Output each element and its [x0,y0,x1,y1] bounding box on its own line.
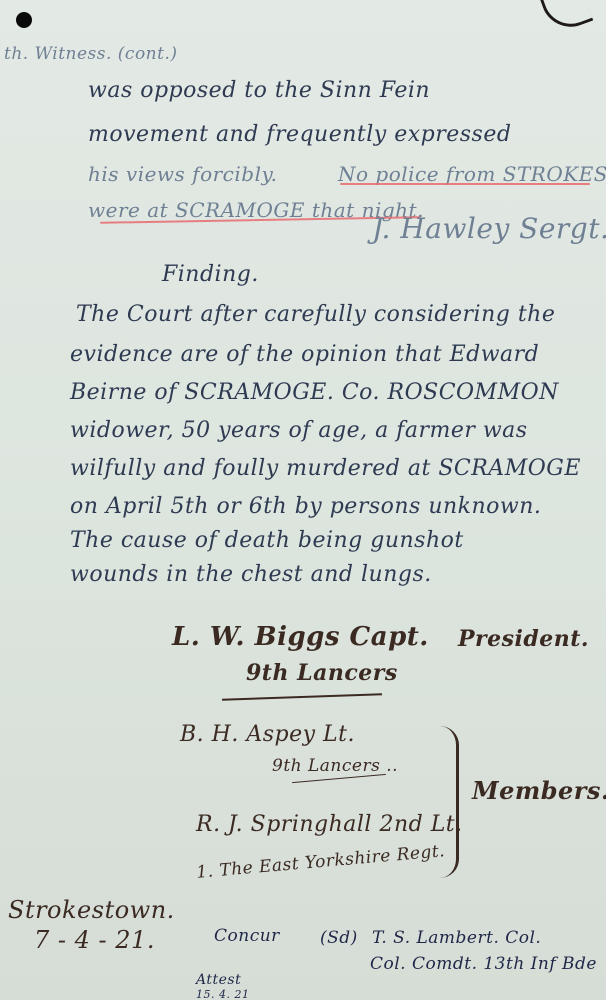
countersign-title: Col. Comdt. 13th Inf Bde [370,954,597,974]
place: Strokestown. [8,896,175,924]
finding-line: on April 5th or 6th by persons unknown. [70,494,541,519]
date: 7 - 4 - 21. [34,926,155,954]
member-2-signature: R. J. Springhall 2nd Lt. [196,812,463,837]
member-1-signature: B. H. Aspey Lt. [180,722,355,747]
punch-hole [16,12,32,28]
finding-line: The cause of death being gunshot [70,528,464,553]
finding-line: wilfully and foully murdered at SCRAMOGE [70,456,581,481]
statement-line-1: was opposed to the Sinn Fein [88,78,430,103]
president-signature: L. W. Biggs Capt. [172,622,429,652]
header-note: th. Witness. (cont.) [4,44,178,64]
finding-line: The Court after carefully considering th… [76,302,555,327]
president-unit: 9th Lancers [246,660,398,686]
statement-line-3: his views forcibly. [88,162,277,186]
member-1-unit: 9th Lancers .. [272,756,398,776]
finding-line: wounds in the chest and lungs. [70,562,432,587]
concur-note: Concur [214,926,280,946]
finding-line: evidence are of the opinion that Edward [70,342,539,367]
finding-line: widower, 50 years of age, a farmer was [70,418,528,443]
countersign-name: T. S. Lambert. Col. [372,928,541,948]
members-label: Members. [472,776,606,805]
finding-line: Beirne of SCRAMOGE. Co. ROSCOMMON [70,380,559,405]
countersign-prefix: (Sd) [320,928,358,948]
page-number-mark [540,0,594,35]
signature-underline [222,693,382,701]
statement-line-2: movement and frequently expressed [88,122,511,147]
witness-signature: J. Hawley Sergt. [372,212,606,245]
document-page: th. Witness. (cont.) was opposed to the … [0,0,606,1000]
president-label: President. [458,626,589,652]
attest-date: 15. 4. 21 [196,988,249,1000]
finding-heading: Finding. [162,262,259,287]
red-underline [340,183,590,185]
attest-signature: Attest [196,972,241,988]
member-2-unit: 1. The East Yorkshire Regt. [196,841,446,883]
